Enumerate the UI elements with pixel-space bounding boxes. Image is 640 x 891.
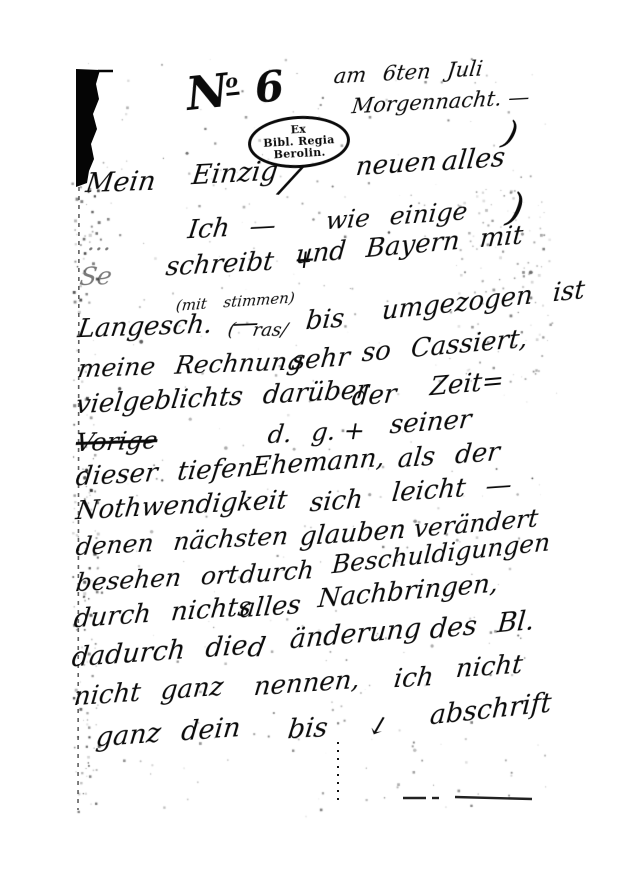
handwriting-fragment: nicht: [454, 649, 524, 684]
handwriting-fragment: abschrift: [429, 687, 553, 731]
handwriting-fragment: ganz dein: [94, 712, 242, 753]
handwriting-fragment: sehr: [290, 342, 351, 376]
handwriting-fragment: dieser tiefen: [74, 453, 255, 493]
handwriting-fragment: so Cassiert,: [361, 323, 529, 368]
handwriting-fragment: dadurch die: [70, 630, 249, 674]
handwriting-fragment: alles: [238, 590, 302, 625]
handwriting-fragment: …: [86, 228, 115, 256]
document-number-ordinal: o: [224, 70, 239, 96]
bottom-dashed-rule: [403, 797, 532, 799]
handwriting-fragment: leicht —: [390, 469, 513, 508]
handwriting-fragment: alles: [440, 141, 506, 177]
handwriting-fragment: besehen ort: [74, 559, 240, 597]
handwriting-fragment: änderung: [289, 612, 423, 655]
handwriting-fragment: Vorige: [74, 425, 160, 457]
handwriting-fragment: bis: [286, 712, 330, 745]
handwriting-fragment: neuen: [354, 146, 438, 182]
handwriting-fragment: denen nächsten: [74, 521, 290, 561]
scanned-manuscript-page: No6 am 6ten Juli Morgennacht. — ) ) Ex B…: [0, 0, 640, 891]
date-line-1: am 6ten Juli: [333, 56, 485, 88]
handwriting-fragment: Einzig: [190, 155, 280, 191]
handwriting-fragment: Nothwendigkeit: [74, 485, 289, 526]
handwriting-fragment: des Bl.: [429, 605, 536, 645]
handwriting-fragment: +: [341, 416, 367, 445]
handwriting-fragment: nicht ganz: [72, 671, 224, 712]
handwriting-fragment: ich: [392, 662, 435, 694]
handwriting-fragment: d. g.: [266, 416, 337, 449]
document-number: No6: [183, 57, 286, 121]
handwriting-fragment: der: [350, 379, 398, 412]
handwriting-fragment: bis: [304, 303, 345, 336]
handwriting-fragment: durch nichts: [72, 591, 252, 634]
handwriting-fragment: Se: [78, 261, 114, 291]
handwriting-fragment: umgezogen ist: [381, 274, 586, 326]
handwriting-fragment: durch: [238, 555, 315, 589]
handwriting-fragment: meine Rechnung: [76, 346, 305, 383]
handwriting-fragment: ↓: [360, 710, 396, 744]
date-line-2: Morgennacht. —: [351, 85, 531, 118]
handwriting-fragment: d: [245, 632, 268, 663]
handwriting-fragment: Ich —: [186, 210, 277, 245]
document-number-value: 6: [252, 61, 286, 113]
handwriting-fragment: nennen,: [252, 664, 361, 702]
handwriting-fragment: Zeit=: [429, 365, 505, 402]
handwriting-fragment: seiner: [388, 404, 473, 440]
handwriting-fragment: als der: [396, 437, 501, 474]
handwriting-fragment: Mein: [84, 165, 158, 199]
handwriting-fragment: sich: [308, 484, 364, 518]
